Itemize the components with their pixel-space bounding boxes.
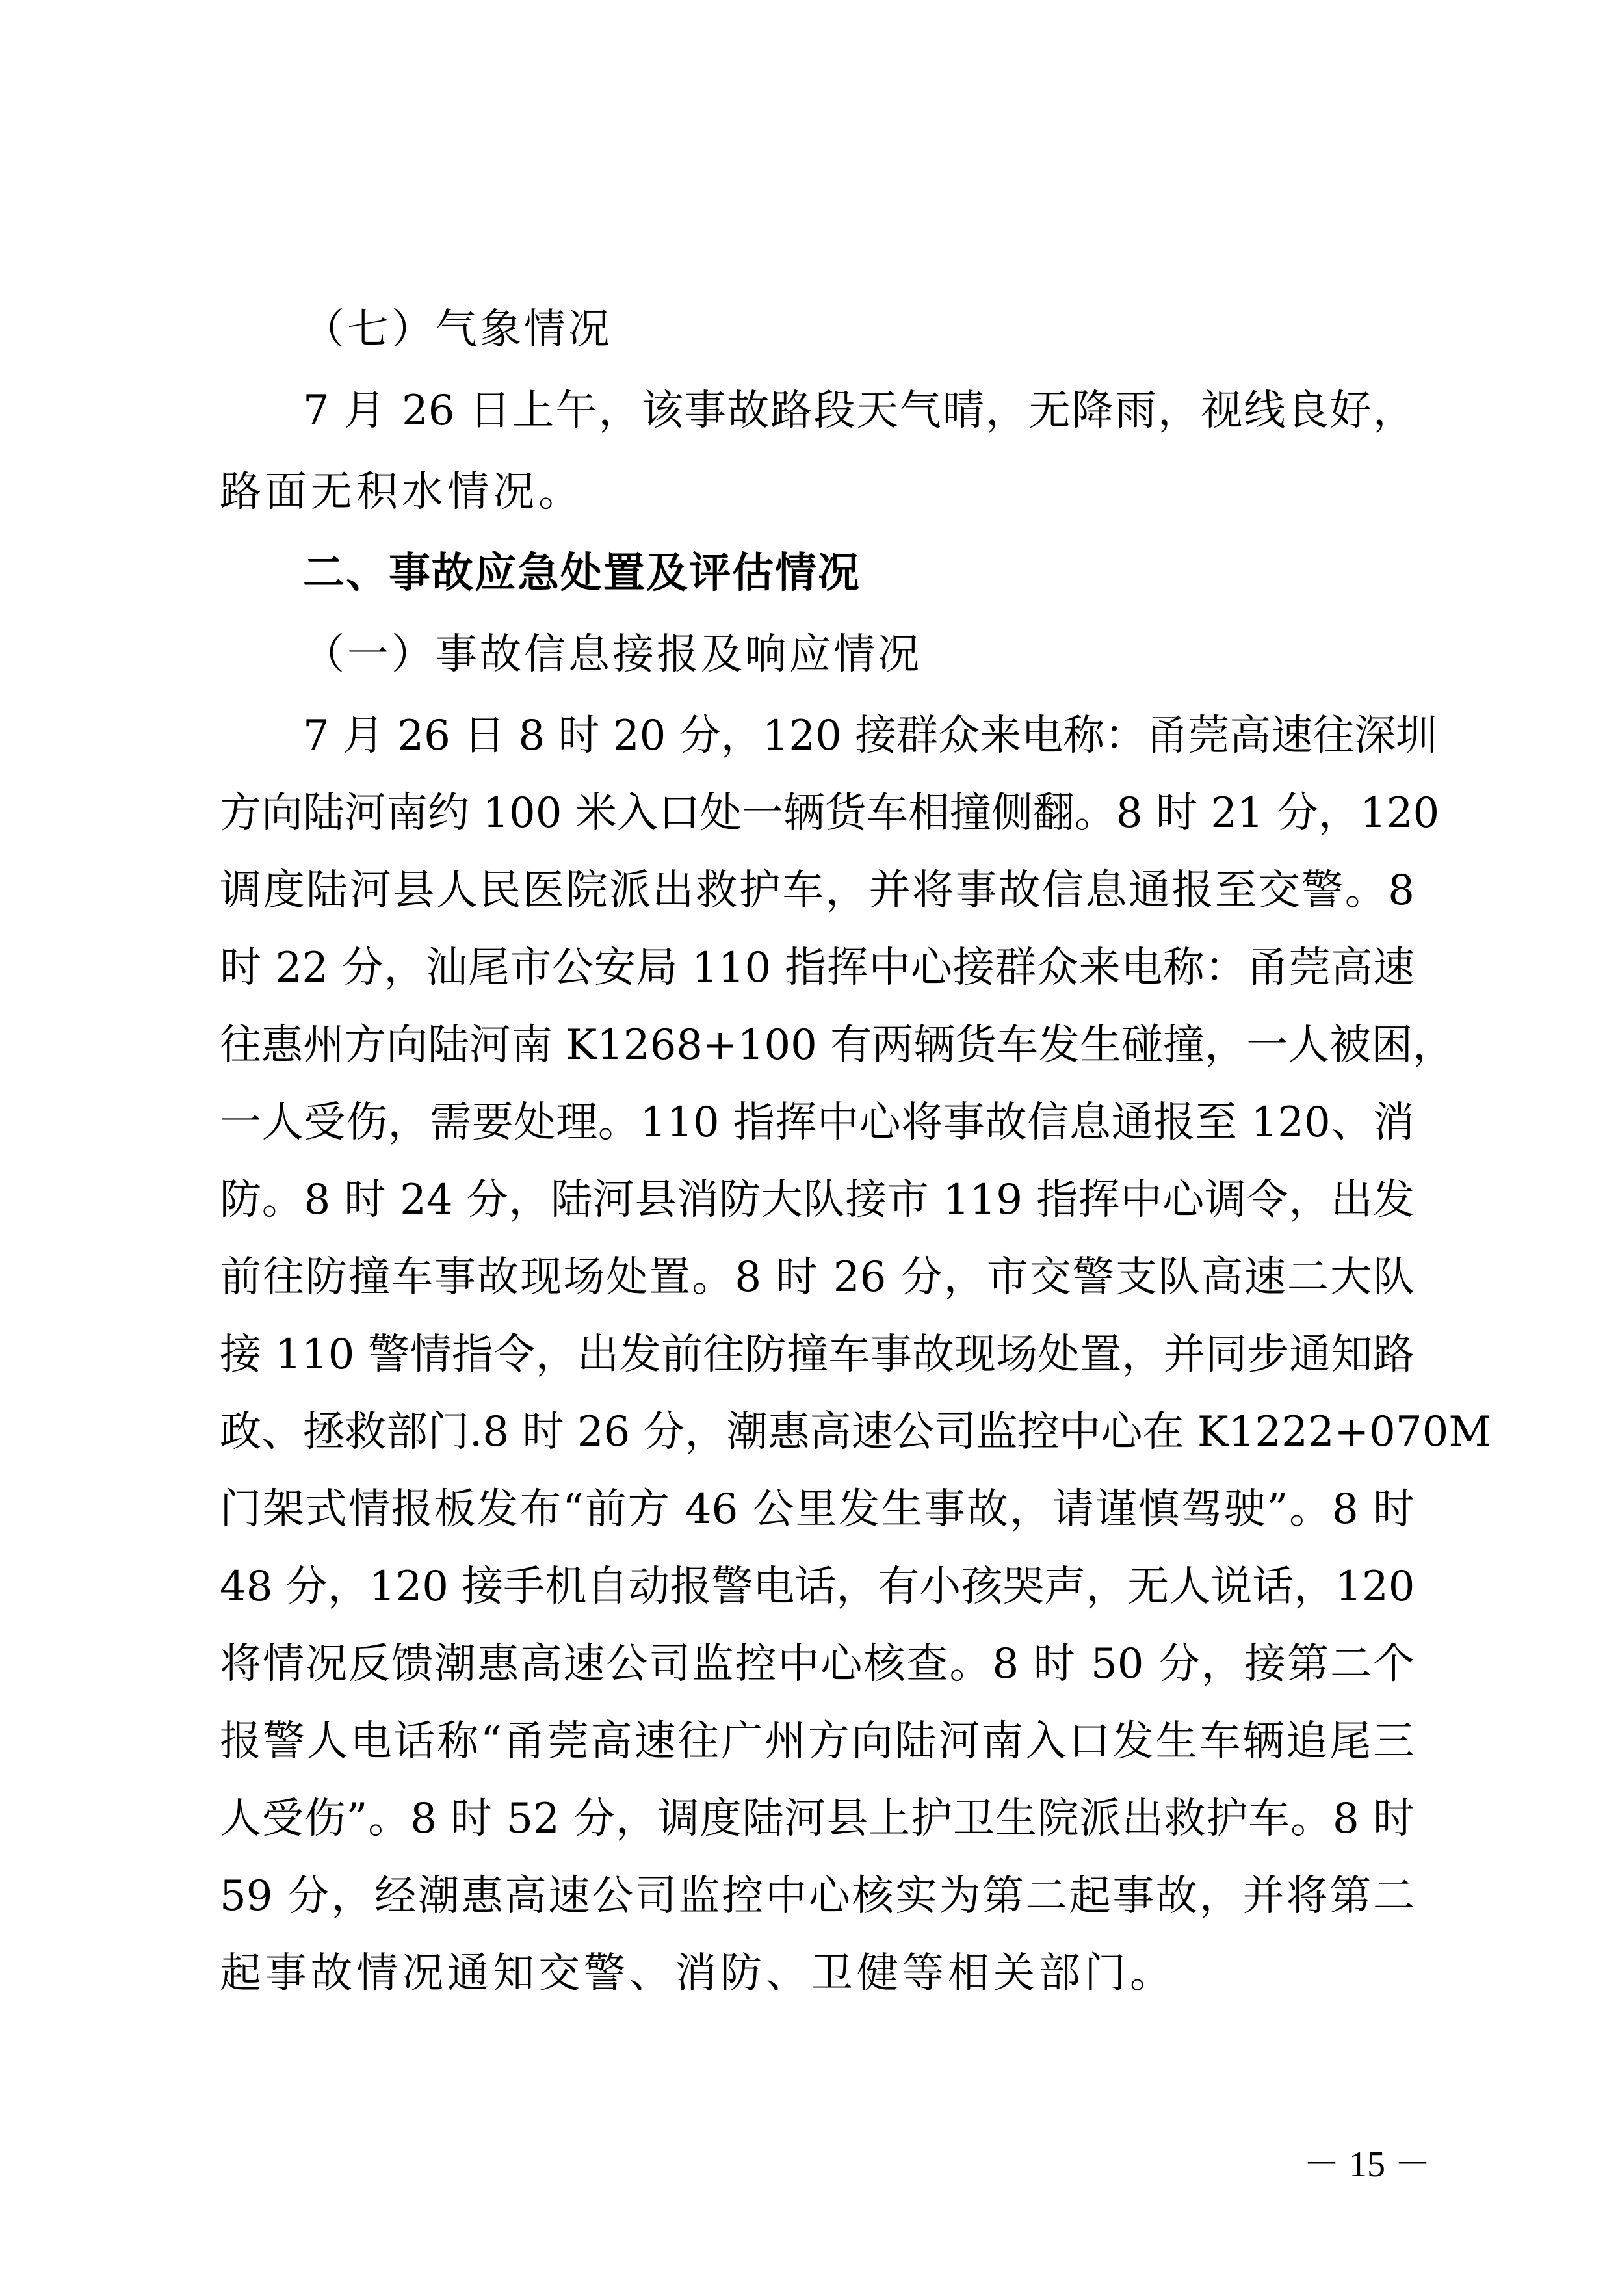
response-paragraph-line-2: 方向陆河南约 100 米入口处一辆货车相撞侧翻。8 时 21 分，120 <box>220 777 1415 849</box>
response-paragraph-line-11: 门架式情报板发布“前方 46 公里发生事故，请谨慎驾驶”。8 时 <box>220 1474 1415 1545</box>
page-number: － 15 － <box>1303 2139 1431 2191</box>
weather-paragraph-line-1: 7 月 26 日上午，该事故路段天气晴，无降雨，视线良好， <box>303 375 1415 447</box>
response-paragraph-line-6: 一人受伤，需要处理。110 指挥中心将事故信息通报至 120、消 <box>220 1087 1415 1158</box>
response-paragraph-line-4: 时 22 分，汕尾市公安局 110 指挥中心接群众来电称：甬莞高速 <box>220 932 1415 1004</box>
response-paragraph-line-15: 人受伤”。8 时 52 分，调度陆河县上护卫生院派出救护车。8 时 <box>220 1783 1415 1855</box>
response-paragraph-line-8: 前往防撞车事故现场处置。8 时 26 分，市交警支队高速二大队 <box>220 1242 1415 1313</box>
response-paragraph-line-14: 报警人电话称“甬莞高速往广州方向陆河南入口发生车辆追尾三 <box>220 1706 1415 1777</box>
document-page: （七）气象情况 7 月 26 日上午，该事故路段天气晴，无降雨，视线良好， 路面… <box>0 0 1618 2296</box>
weather-paragraph-line-2: 路面无积水情况。 <box>220 456 1415 528</box>
response-paragraph-line-9: 接 110 警情指令，出发前往防撞车事故现场处置，并同步通知路 <box>220 1319 1415 1390</box>
response-paragraph-line-16: 59 分，经潮惠高速公司监控中心核实为第二起事故，并将第二 <box>220 1860 1415 1932</box>
section-2-heading: 二、事故应急处置及评估情况 <box>303 538 1415 609</box>
response-paragraph-line-5: 往惠州方向陆河南 K1268+100 有两辆货车发生碰撞，一人被困， <box>220 1010 1415 1081</box>
response-paragraph-line-10: 政、拯救部门.8 时 26 分，潮惠高速公司监控中心在 K1222+070M <box>220 1396 1415 1468</box>
response-paragraph-line-12: 48 分，120 接手机自动报警电话，有小孩哭声，无人说话，120 <box>220 1551 1415 1623</box>
response-paragraph-line-13: 将情况反馈潮惠高速公司监控中心核查。8 时 50 分，接第二个 <box>220 1628 1415 1700</box>
response-paragraph-line-7: 防。8 时 24 分，陆河县消防大队接市 119 指挥中心调令，出发 <box>220 1164 1415 1236</box>
response-paragraph-line-17: 起事故情况通知交警、消防、卫健等相关部门。 <box>220 1938 1415 2009</box>
subsection-1-heading: （一）事故信息接报及响应情况 <box>303 619 1415 690</box>
response-paragraph-line-3: 调度陆河县人民医院派出救护车，并将事故信息通报至交警。8 <box>220 855 1415 926</box>
section-7-heading: （七）气象情况 <box>303 294 1415 365</box>
response-paragraph-line-1: 7 月 26 日 8 时 20 分，120 接群众来电称：甬莞高速往深圳 <box>303 700 1415 772</box>
